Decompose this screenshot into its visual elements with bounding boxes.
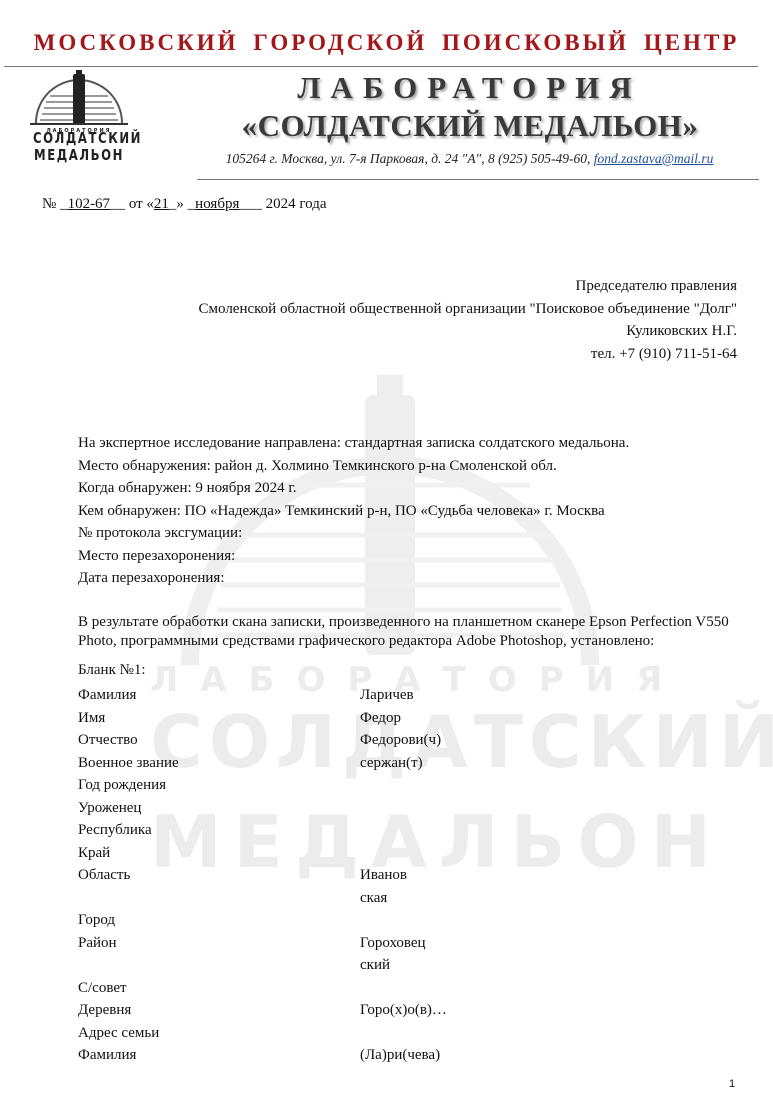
field-label: Край	[78, 842, 360, 865]
lab-logo: ЛАБОРАТОРИЯ СОЛДАТСКИЙ МЕДАЛЬОН	[20, 68, 138, 168]
field-label: С/совет	[78, 977, 360, 1000]
number-prefix: № _	[42, 196, 68, 212]
document-year: ___ 2024 года	[239, 196, 326, 212]
info-block: На экспертное исследование направлена: с…	[78, 432, 629, 590]
field-value: Федорови(ч)	[360, 729, 441, 752]
header-divider	[4, 66, 758, 67]
logo-line1: СОЛДАТСКИЙ	[33, 129, 125, 147]
addressee-block: Председателю правления Смоленской област…	[199, 275, 737, 365]
field-label: Уроженец	[78, 797, 360, 820]
field-row: Военное званиесержан(т)	[78, 752, 447, 775]
document-month: ноября	[195, 196, 239, 212]
result-paragraph: В результате обработки скана записки, пр…	[78, 613, 738, 651]
lab-title: ЛАБОРАТОРИЯ	[197, 70, 742, 106]
field-row: ФамилияЛаричев	[78, 684, 447, 707]
field-row: РайонГороховец ский	[78, 932, 447, 977]
medallion-emblem-icon	[20, 68, 138, 126]
field-label: Военное звание	[78, 752, 360, 775]
addressee-line: Куликовских Н.Г.	[199, 320, 737, 343]
document-number-line: № _102-67__ от «21_» _ноября___ 2024 год…	[42, 196, 327, 213]
blank-title: Бланк №1:	[78, 662, 146, 679]
document-day: 21	[154, 196, 169, 212]
center-name: МОСКОВСКИЙ ГОРОДСКОЙ ПОИСКОВЫЙ ЦЕНТР	[0, 30, 773, 56]
field-value: Федор	[360, 707, 401, 730]
info-line: На экспертное исследование направлена: с…	[78, 432, 629, 455]
info-line: Дата перезахоронения:	[78, 567, 629, 590]
header-divider-bottom	[197, 179, 759, 180]
addressee-line: Председателю правления	[199, 275, 737, 298]
field-label: Адрес семьи	[78, 1022, 360, 1045]
from-label: __ от «	[110, 196, 154, 212]
email-link[interactable]: fond.zastava@mail.ru	[594, 151, 714, 166]
document-number: 102-67	[68, 196, 111, 212]
field-row: ИмяФедор	[78, 707, 447, 730]
info-line: Место обнаружения: район д. Холмино Темк…	[78, 455, 629, 478]
field-value: (Ла)ри(чева)	[360, 1044, 440, 1067]
field-label: Год рождения	[78, 774, 360, 797]
fields-table: ФамилияЛаричевИмяФедорОтчествоФедорови(ч…	[78, 684, 447, 1067]
field-label: Фамилия	[78, 684, 360, 707]
field-label: Район	[78, 932, 360, 977]
field-row: Уроженец	[78, 797, 447, 820]
address-text: 105264 г. Москва, ул. 7-я Парковая, д. 2…	[226, 151, 591, 166]
field-value: Ларичев	[360, 684, 414, 707]
addressee-line: Смоленской областной общественной органи…	[199, 298, 737, 321]
field-row: ДеревняГоро(х)о(в)…	[78, 999, 447, 1022]
info-line: Когда обнаружен: 9 ноября 2024 г.	[78, 477, 629, 500]
info-line: Кем обнаружен: ПО «Надежда» Темкинский р…	[78, 500, 629, 523]
field-row: Адрес семьи	[78, 1022, 447, 1045]
address-line: 105264 г. Москва, ул. 7-я Парковая, д. 2…	[197, 151, 742, 167]
field-row: Год рождения	[78, 774, 447, 797]
field-label: Деревня	[78, 999, 360, 1022]
field-label: Отчество	[78, 729, 360, 752]
info-line: Место перезахоронения:	[78, 545, 629, 568]
field-label: Город	[78, 909, 360, 932]
addressee-line: тел. +7 (910) 711-51-64	[199, 343, 737, 366]
page-number: 1	[729, 1078, 735, 1090]
lab-name: «СОЛДАТСКИЙ МЕДАЛЬОН»	[190, 108, 750, 144]
field-label: Имя	[78, 707, 360, 730]
field-row: ОбластьИванов ская	[78, 864, 447, 909]
field-row: С/совет	[78, 977, 447, 1000]
logo-line2: МЕДАЛЬОН	[33, 146, 125, 164]
field-label: Фамилия	[78, 1044, 360, 1067]
day-close: _» _	[169, 196, 195, 212]
field-value: сержан(т)	[360, 752, 423, 775]
field-value: Гороховец ский	[360, 932, 426, 977]
field-value: Иванов ская	[360, 864, 407, 909]
field-row: Край	[78, 842, 447, 865]
field-row: Фамилия(Ла)ри(чева)	[78, 1044, 447, 1067]
field-label: Область	[78, 864, 360, 909]
field-row: Город	[78, 909, 447, 932]
field-label: Республика	[78, 819, 360, 842]
field-value: Горо(х)о(в)…	[360, 999, 447, 1022]
info-line: № протокола эксгумации:	[78, 522, 629, 545]
field-row: Республика	[78, 819, 447, 842]
field-row: ОтчествоФедорови(ч)	[78, 729, 447, 752]
